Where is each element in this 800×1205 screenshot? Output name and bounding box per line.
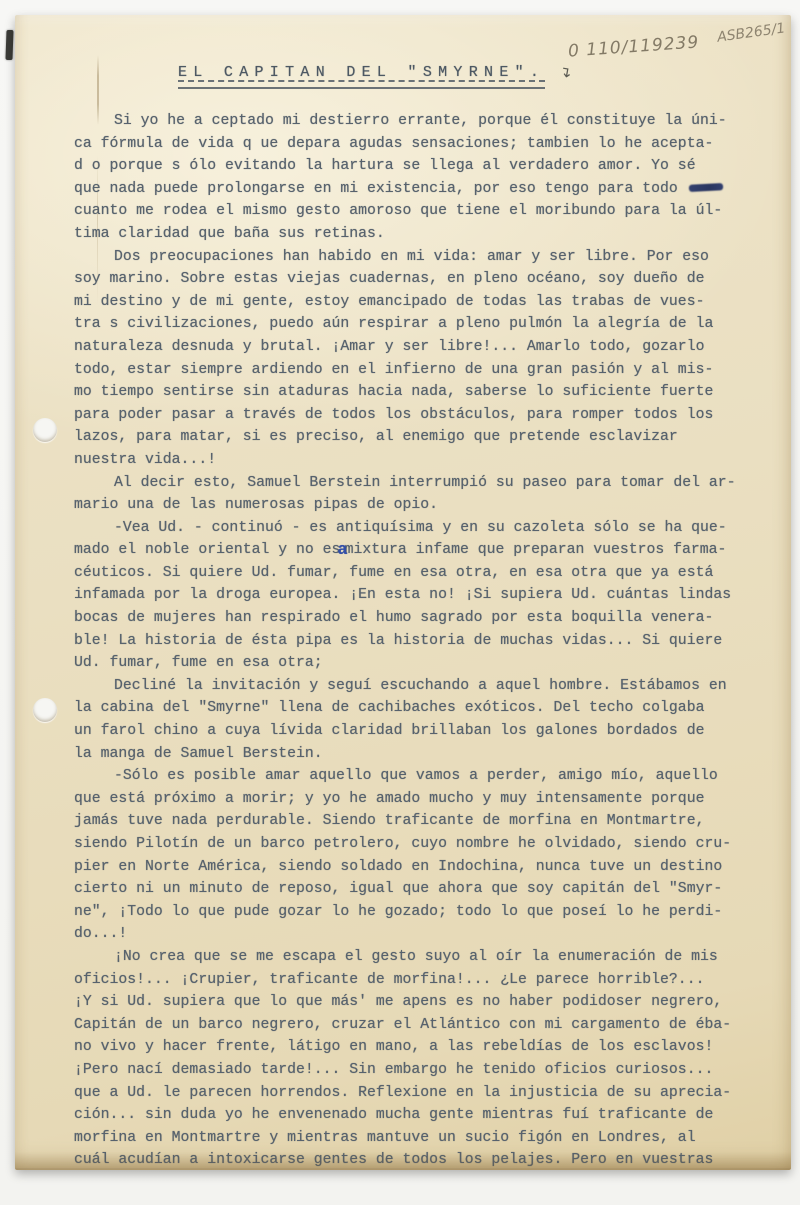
typescript-line: jamás tuve nada perdurable. Siendo trafi…: [74, 810, 764, 833]
typed-text: cierto ni un minuto de reposo, igual que…: [74, 881, 722, 897]
typescript-line: mado el noble oriental y no esamixtura i…: [74, 539, 764, 562]
typescript-line: soy marino. Sobre estas viejas cuadernas…: [74, 268, 764, 291]
typed-text: Ud. fumar, fume en esa otra;: [74, 655, 323, 671]
typescript-line: tra s civilizaciones, puedo aún respirar…: [74, 313, 764, 336]
typescript-line: céuticos. Si quiere Ud. fumar, fume en e…: [74, 562, 764, 585]
handwritten-insertion: a: [337, 541, 347, 560]
typed-text: que está próximo a morir; y yo he amado …: [74, 791, 704, 807]
inked-out-word: [689, 183, 723, 192]
typed-text: céuticos. Si quiere Ud. fumar, fume en e…: [74, 565, 713, 581]
scan-background: { "annotations": { "catalog_number": "0 …: [0, 0, 800, 1205]
typed-text: Capitán de un barco negrero, cruzar el A…: [74, 1017, 731, 1033]
punch-hole-top: [33, 418, 57, 442]
typed-text: jamás tuve nada perdurable. Siendo trafi…: [74, 813, 704, 829]
typescript-line: ción... sin duda yo he envenenado mucha …: [74, 1104, 764, 1127]
typed-text: infamada por la droga europea. ¡En esta …: [74, 587, 731, 603]
typed-text: Decliné la invitación y seguí escuchando…: [114, 678, 727, 694]
typescript-line: ne", ¡Todo lo que pude gozar lo he gozad…: [74, 901, 764, 924]
typescript-line: nuestra vida...!: [74, 449, 764, 472]
typescript-line: ¡Y si Ud. supiera que lo que más' me ape…: [74, 991, 764, 1014]
title-text: EL CAPITAN DEL "SMYRNE".: [178, 64, 545, 89]
typescript-line: cuanto me rodea el mismo gesto amoroso q…: [74, 200, 764, 223]
annotation-catalog-number: 0 110/119239: [567, 32, 699, 61]
typed-text: la manga de Samuel Berstein.: [74, 746, 323, 762]
typed-text: para poder pasar a través de todos los o…: [74, 407, 713, 423]
typed-text: Al decir esto, Samuel Berstein interrump…: [114, 475, 736, 491]
typescript-line: todo, estar siempre ardiendo en el infie…: [74, 359, 764, 382]
typescript-line: pier en Norte América, siendo soldado en…: [74, 856, 764, 879]
typed-text: ca fórmula de vida q ue depara agudas se…: [74, 136, 713, 152]
typescript-line: que está próximo a morir; y yo he amado …: [74, 788, 764, 811]
typescript-line: naturaleza desnuda y brutal. ¡Amar y ser…: [74, 336, 764, 359]
typed-text: ción... sin duda yo he envenenado mucha …: [74, 1107, 713, 1123]
typed-text: Si yo he a ceptado mi destierro errante,…: [114, 113, 727, 129]
typed-text: ble! La historia de ésta pipa es la hist…: [74, 633, 722, 649]
typescript-line: Decliné la invitación y seguí escuchando…: [74, 675, 764, 698]
typed-text: oficios!... ¡Crupier, traficante de morf…: [74, 972, 704, 988]
typed-text: Dos preocupaciones han habido en mi vida…: [114, 249, 709, 265]
scanner-edge-artifact: [5, 30, 13, 60]
typed-text: soy marino. Sobre estas viejas cuadernas…: [74, 271, 704, 287]
typescript-line: la manga de Samuel Berstein.: [74, 743, 764, 766]
typed-text: un farol chino a cuya lívida claridad br…: [74, 723, 704, 739]
typed-text: bocas de mujeres han respirado el humo s…: [74, 610, 713, 626]
typed-text: pier en Norte América, siendo soldado en…: [74, 859, 722, 875]
typed-text: do...!: [74, 926, 127, 942]
typescript-line: ca fórmula de vida q ue depara agudas se…: [74, 133, 764, 156]
typescript-page: 0 110/119239 ASB265/1 EL CAPITAN DEL "SM…: [15, 15, 791, 1170]
typescript-line: d o porque s ólo evitando la hartura se …: [74, 155, 764, 178]
typescript-line: ¡Pero nací demasiado tarde!... Sin embar…: [74, 1059, 764, 1082]
typescript-body: Si yo he a ceptado mi destierro errante,…: [74, 110, 764, 1172]
typescript-line: morfina en Montmartre y mientras mantuve…: [74, 1127, 764, 1150]
typed-text: la cabina del "Smyrne" llena de cachibac…: [74, 700, 704, 716]
paper-bottom-edge: [15, 1152, 791, 1170]
typed-text: ¡Y si Ud. supiera que lo que más' me ape…: [74, 994, 722, 1010]
typescript-line: un farol chino a cuya lívida claridad br…: [74, 720, 764, 743]
typescript-line: infamada por la droga europea. ¡En esta …: [74, 584, 764, 607]
typed-text: mado el noble oriental y no es: [74, 542, 340, 558]
typed-text: cuanto me rodea el mismo gesto amoroso q…: [74, 203, 722, 219]
typed-text: no vivo y hacer frente, látigo en mano, …: [74, 1039, 713, 1055]
typescript-line: para poder pasar a través de todos los o…: [74, 404, 764, 427]
typed-text: mi destino y de mi gente, estoy emancipa…: [74, 294, 704, 310]
typescript-line: no vivo y hacer frente, látigo en mano, …: [74, 1036, 764, 1059]
typescript-line: que a Ud. le parecen horrendos. Reflexio…: [74, 1082, 764, 1105]
typed-text: morfina en Montmartre y mientras mantuve…: [74, 1130, 696, 1146]
typed-text: mixtura infame que preparan vuestros far…: [345, 542, 727, 558]
typescript-line: mario una de las numerosas pipas de opio…: [74, 494, 764, 517]
typed-text: nuestra vida...!: [74, 452, 216, 468]
typed-text: mario una de las numerosas pipas de opio…: [74, 497, 438, 513]
typescript-line: que nada puede prolongarse en mi existen…: [74, 178, 764, 201]
typed-text: ¡No crea que se me escapa el gesto suyo …: [114, 949, 718, 965]
typescript-line: cierto ni un minuto de reposo, igual que…: [74, 878, 764, 901]
typescript-line: Al decir esto, Samuel Berstein interrump…: [74, 472, 764, 495]
typed-text: lazos, para matar, si es preciso, al ene…: [74, 429, 678, 445]
typed-text: tima claridad que baña sus retinas.: [74, 226, 385, 242]
typescript-line: Si yo he a ceptado mi destierro errante,…: [74, 110, 764, 133]
typed-text: d o porque s ólo evitando la hartura se …: [74, 158, 696, 174]
typescript-line: bocas de mujeres han respirado el humo s…: [74, 607, 764, 630]
typescript-line: la cabina del "Smyrne" llena de cachibac…: [74, 697, 764, 720]
typescript-line: tima claridad que baña sus retinas.: [74, 223, 764, 246]
typescript-line: -Sólo es posible amar aquello que vamos …: [74, 765, 764, 788]
typed-text: -Sólo es posible amar aquello que vamos …: [114, 768, 718, 784]
typescript-line: ble! La historia de ésta pipa es la hist…: [74, 630, 764, 653]
annotation-reference-code: ASB265/1: [716, 20, 786, 45]
typescript-line: siendo Pilotín de un barco petrolero, cu…: [74, 833, 764, 856]
typescript-line: Capitán de un barco negrero, cruzar el A…: [74, 1014, 764, 1037]
typed-text: siendo Pilotín de un barco petrolero, cu…: [74, 836, 731, 852]
typed-text: naturaleza desnuda y brutal. ¡Amar y ser…: [74, 339, 704, 355]
typescript-line: Dos preocupaciones han habido en mi vida…: [74, 246, 764, 269]
typescript-line: do...!: [74, 923, 764, 946]
typescript-line: mi destino y de mi gente, estoy emancipa…: [74, 291, 764, 314]
typed-text: que a Ud. le parecen horrendos. Reflexio…: [74, 1085, 731, 1101]
punch-hole-bottom: [33, 698, 57, 722]
typescript-line: oficios!... ¡Crupier, traficante de morf…: [74, 969, 764, 992]
typed-text: que nada puede prolongarse en mi existen…: [74, 181, 687, 197]
typed-text: ne", ¡Todo lo que pude gozar lo he gozad…: [74, 904, 722, 920]
page-title: EL CAPITAN DEL "SMYRNE". ↴: [178, 63, 571, 89]
typed-text: todo, estar siempre ardiendo en el infie…: [74, 362, 713, 378]
typescript-line: ¡No crea que se me escapa el gesto suyo …: [74, 946, 764, 969]
typed-text: ¡Pero nací demasiado tarde!... Sin embar…: [74, 1062, 713, 1078]
typed-text: tra s civilizaciones, puedo aún respirar…: [74, 316, 713, 332]
typescript-line: Ud. fumar, fume en esa otra;: [74, 652, 764, 675]
typescript-line: -Vea Ud. - continuó - es antiquísima y e…: [74, 517, 764, 540]
typescript-line: mo tiempo sentirse sin ataduras hacia na…: [74, 381, 764, 404]
typescript-line: lazos, para matar, si es preciso, al ene…: [74, 426, 764, 449]
typed-text: -Vea Ud. - continuó - es antiquísima y e…: [114, 520, 727, 536]
typed-text: mo tiempo sentirse sin ataduras hacia na…: [74, 384, 713, 400]
pencil-arrow-mark: ↴: [557, 62, 573, 82]
